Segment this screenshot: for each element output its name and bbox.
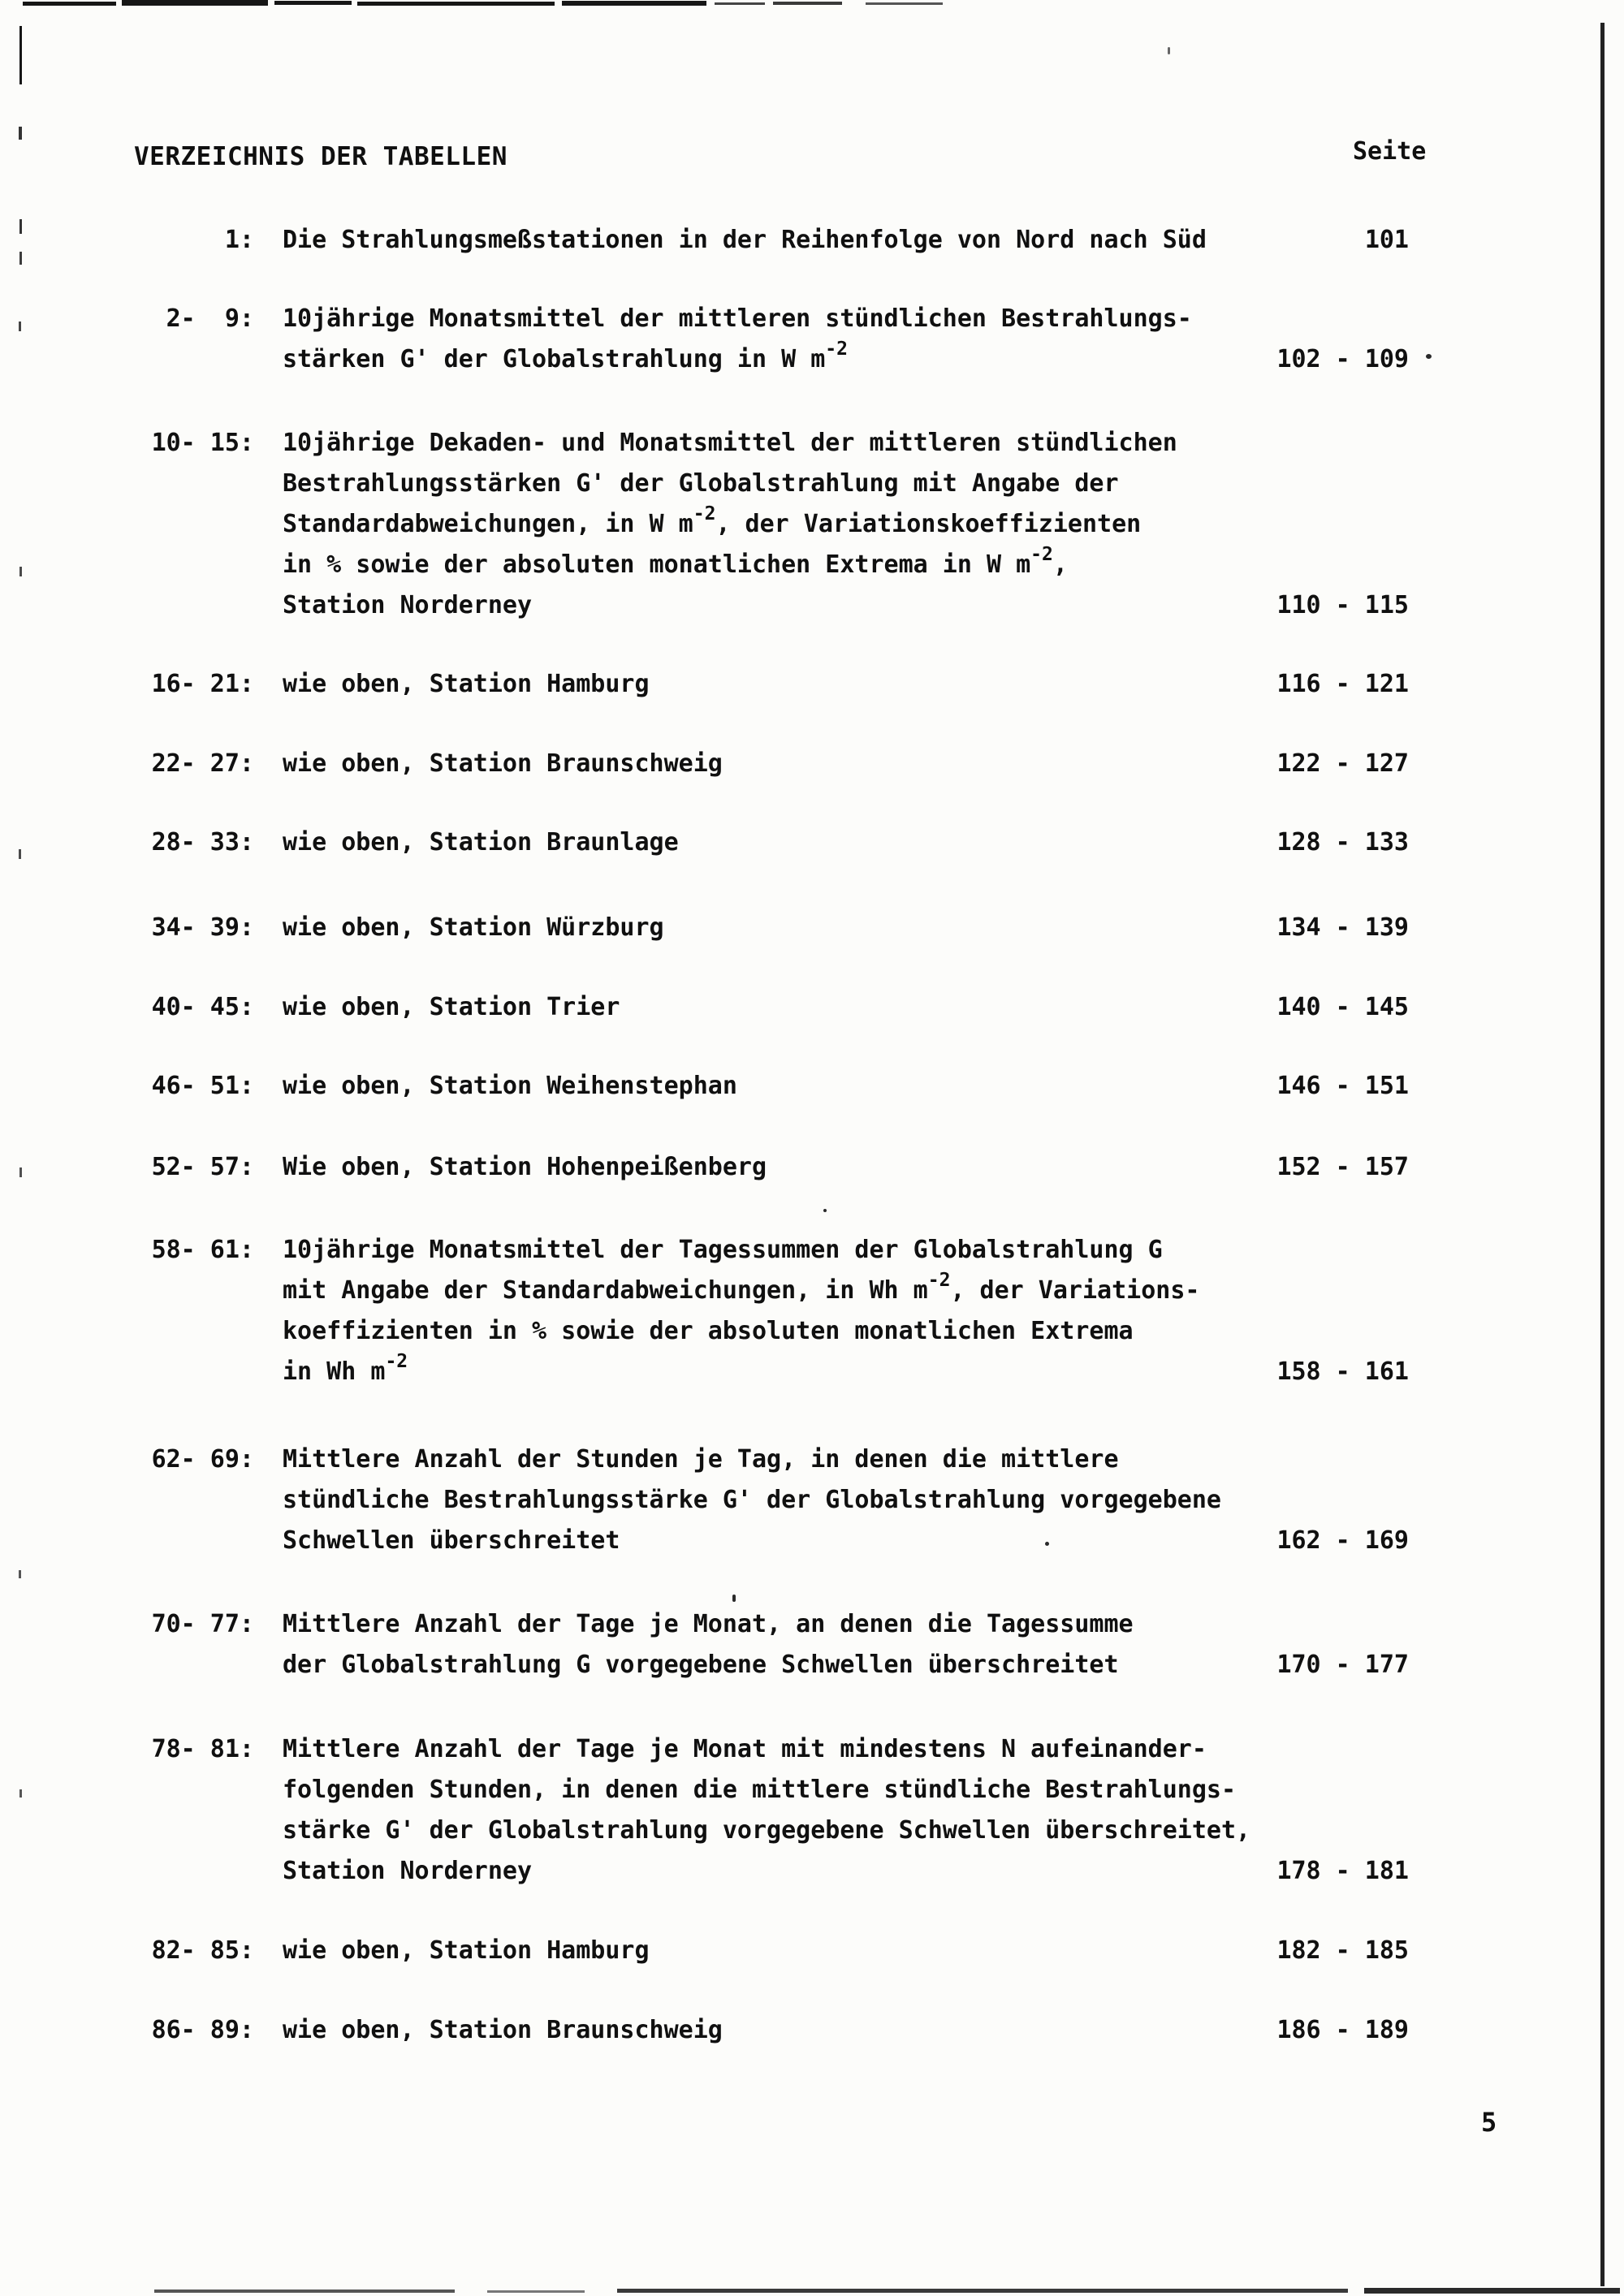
entry-description-line: stärke G' der Globalstrahlung vorgegeben… xyxy=(283,1810,1409,1851)
scan-artifact-right-edge-line xyxy=(1600,23,1605,2286)
entry-table-numbers: 70- 77: xyxy=(150,1604,254,1645)
entry-description-line: Station Norderney xyxy=(283,1851,1409,1892)
toc-entry: 58- 61: 10jährige Monatsmittel der Tages… xyxy=(150,1230,1409,1392)
entry-page-range: 152 - 157 xyxy=(1276,1147,1409,1188)
scan-artifact-top-edge xyxy=(715,2,765,5)
entry-description: wie oben, Station Hamburg xyxy=(283,1931,1409,1971)
entry-page-range: 110 - 115 xyxy=(1276,585,1409,626)
entry-description: Mittlere Anzahl der Tage je Monat, an de… xyxy=(283,1604,1409,1685)
entry-description: 10jährige Dekaden- und Monatsmittel der … xyxy=(283,423,1409,626)
entry-description-line: in Wh m-2 xyxy=(283,1352,1409,1392)
entry-description: Mittlere Anzahl der Tage je Monat mit mi… xyxy=(283,1729,1409,1892)
toc-entry: 62- 69: Mittlere Anzahl der Stunden je T… xyxy=(150,1439,1409,1561)
entry-page-range: 102 - 109 xyxy=(1276,339,1409,380)
toc-entry: 86- 89: wie oben, Station Braunschweig 1… xyxy=(150,2010,1409,2051)
page-number: 5 xyxy=(1481,2108,1497,2137)
entry-description: wie oben, Station Trier xyxy=(283,987,1409,1028)
entry-table-numbers: 34- 39: xyxy=(150,908,254,948)
toc-entry: 22- 27: wie oben, Station Braunschweig 1… xyxy=(150,744,1409,784)
entry-description-line: Mittlere Anzahl der Stunden je Tag, in d… xyxy=(283,1439,1409,1480)
scan-artifact-top-edge xyxy=(122,0,268,6)
entry-description-line: wie oben, Station Braunlage xyxy=(283,822,1409,863)
scan-artifact-bottom-edge xyxy=(154,2290,455,2293)
entry-description-line: wie oben, Station Trier xyxy=(283,987,1409,1028)
toc-entry: 10- 15: 10jährige Dekaden- und Monatsmit… xyxy=(150,423,1409,626)
scan-speck xyxy=(1426,354,1432,359)
scan-speck xyxy=(823,1209,827,1212)
entry-description-line: wie oben, Station Braunschweig xyxy=(283,2010,1409,2051)
entry-page-range: 186 - 189 xyxy=(1276,2010,1409,2051)
entry-description-line: Mittlere Anzahl der Tage je Monat, an de… xyxy=(283,1604,1409,1645)
scan-artifact-bottom-edge xyxy=(1364,2288,1620,2294)
entry-description: wie oben, Station Hamburg xyxy=(283,664,1409,705)
scan-speck xyxy=(732,1595,736,1602)
entry-description-line: wie oben, Station Hamburg xyxy=(283,1931,1409,1971)
superscript-exponent: -2 xyxy=(825,339,848,360)
entry-table-numbers: 82- 85: xyxy=(150,1931,254,1971)
entry-description-line: koeffizienten in % sowie der absoluten m… xyxy=(283,1311,1409,1352)
toc-entry: 2- 9: 10jährige Monatsmittel der mittler… xyxy=(150,299,1409,380)
toc-entry: 46- 51: wie oben, Station Weihenstephan … xyxy=(150,1066,1409,1107)
entry-page-range: 182 - 185 xyxy=(1276,1931,1409,1971)
entry-description: wie oben, Station Braunschweig xyxy=(283,744,1409,784)
entry-description-line: Bestrahlungsstärken G' der Globalstrahlu… xyxy=(283,464,1409,504)
entry-description: wie oben, Station Braunlage xyxy=(283,822,1409,863)
toc-entry: 52- 57: Wie oben, Station Hohenpeißenber… xyxy=(150,1147,1409,1188)
entry-table-numbers: 78- 81: xyxy=(150,1729,254,1770)
entry-table-numbers: 86- 89: xyxy=(150,2010,254,2051)
entry-page-range: 178 - 181 xyxy=(1276,1851,1409,1892)
scan-speck xyxy=(1168,47,1170,54)
toc-entry: 82- 85: wie oben, Station Hamburg 182 - … xyxy=(150,1931,1409,1971)
entry-description-line: Die Strahlungsmeßstationen in der Reihen… xyxy=(283,220,1409,261)
entry-description: 10jährige Monatsmittel der Tagessummen d… xyxy=(283,1230,1409,1392)
entry-page-range: 170 - 177 xyxy=(1276,1645,1409,1685)
scan-artifact-left-margin xyxy=(19,252,22,265)
entry-description: wie oben, Station Weihenstephan xyxy=(283,1066,1409,1107)
entry-page-range: 146 - 151 xyxy=(1276,1066,1409,1107)
entry-description-line: Standardabweichungen, in W m-2, der Vari… xyxy=(283,504,1409,545)
scan-artifact-left-margin xyxy=(19,567,22,576)
entry-description-line: folgenden Stunden, in denen die mittlere… xyxy=(283,1770,1409,1810)
toc-entry: 70- 77: Mittlere Anzahl der Tage je Mona… xyxy=(150,1604,1409,1685)
entry-description-line: stärken G' der Globalstrahlung in W m-2 xyxy=(283,339,1409,380)
superscript-exponent: -2 xyxy=(928,1270,951,1291)
scan-artifact-left-margin xyxy=(19,26,22,84)
toc-entry: 40- 45: wie oben, Station Trier 140 - 14… xyxy=(150,987,1409,1028)
page-title: VERZEICHNIS DER TABELLEN xyxy=(134,143,508,170)
superscript-exponent: -2 xyxy=(1030,544,1053,565)
toc-entry: 28- 33: wie oben, Station Braunlage 128 … xyxy=(150,822,1409,863)
entry-description: 10jährige Monatsmittel der mittleren stü… xyxy=(283,299,1409,380)
entry-table-numbers: 2- 9: xyxy=(150,299,254,339)
entry-description-line: 10jährige Dekaden- und Monatsmittel der … xyxy=(283,423,1409,464)
entry-description: wie oben, Station Braunschweig xyxy=(283,2010,1409,2051)
scan-artifact-top-edge xyxy=(23,2,116,6)
scan-artifact-left-margin xyxy=(19,219,22,234)
entry-description-line: wie oben, Station Würzburg xyxy=(283,908,1409,948)
toc-entry: 1: Die Strahlungsmeßstationen in der Rei… xyxy=(150,220,1409,261)
entry-page-range: 158 - 161 xyxy=(1276,1352,1409,1392)
column-header-seite: Seite xyxy=(1353,138,1426,166)
entry-table-numbers: 40- 45: xyxy=(150,987,254,1028)
entry-table-numbers: 46- 51: xyxy=(150,1066,254,1107)
entry-page-range: 162 - 169 xyxy=(1276,1521,1409,1561)
superscript-exponent: -2 xyxy=(385,1351,408,1372)
entry-description-line: 10jährige Monatsmittel der Tagessummen d… xyxy=(283,1230,1409,1271)
scan-artifact-top-edge xyxy=(866,2,943,5)
entry-description: Die Strahlungsmeßstationen in der Reihen… xyxy=(283,220,1409,261)
entry-description-line: Schwellen überschreitet xyxy=(283,1521,1409,1561)
entry-page-range: 128 - 133 xyxy=(1276,822,1409,863)
entry-table-numbers: 16- 21: xyxy=(150,664,254,705)
entry-page-range: 101 xyxy=(1365,220,1409,261)
superscript-exponent: -2 xyxy=(693,503,716,524)
entry-table-numbers: 28- 33: xyxy=(150,822,254,863)
entry-description: wie oben, Station Würzburg xyxy=(283,908,1409,948)
entry-description-line: Mittlere Anzahl der Tage je Monat mit mi… xyxy=(283,1729,1409,1770)
toc-entry: 16- 21: wie oben, Station Hamburg 116 - … xyxy=(150,664,1409,705)
scan-artifact-left-margin xyxy=(19,849,21,859)
scan-artifact-left-margin xyxy=(19,322,21,331)
scan-artifact-left-margin xyxy=(19,1789,22,1798)
entry-page-range: 122 - 127 xyxy=(1276,744,1409,784)
entry-table-numbers: 52- 57: xyxy=(150,1147,254,1188)
entry-table-numbers: 10- 15: xyxy=(150,423,254,464)
scanned-document-page: VERZEICHNIS DER TABELLEN Seite 1: Die St… xyxy=(0,0,1624,2296)
scan-artifact-left-margin xyxy=(19,1570,21,1578)
entry-description-line: stündliche Bestrahlungsstärke G' der Glo… xyxy=(283,1480,1409,1521)
entry-page-range: 134 - 139 xyxy=(1276,908,1409,948)
entry-description-line: der Globalstrahlung G vorgegebene Schwel… xyxy=(283,1645,1409,1685)
scan-artifact-top-edge xyxy=(773,2,842,5)
entry-description-line: Wie oben, Station Hohenpeißenberg xyxy=(283,1147,1409,1188)
entry-page-range: 116 - 121 xyxy=(1276,664,1409,705)
entry-page-range: 140 - 145 xyxy=(1276,987,1409,1028)
entry-table-numbers: 58- 61: xyxy=(150,1230,254,1271)
entry-description-line: Station Norderney xyxy=(283,585,1409,626)
entry-description-line: wie oben, Station Braunschweig xyxy=(283,744,1409,784)
scan-artifact-top-edge xyxy=(357,2,555,6)
scan-artifact-bottom-edge xyxy=(617,2289,1348,2293)
entry-table-numbers: 1: xyxy=(150,220,254,261)
entry-description-line: wie oben, Station Weihenstephan xyxy=(283,1066,1409,1107)
entry-table-numbers: 22- 27: xyxy=(150,744,254,784)
entry-description: Wie oben, Station Hohenpeißenberg xyxy=(283,1147,1409,1188)
entry-table-numbers: 62- 69: xyxy=(150,1439,254,1480)
entry-description: Mittlere Anzahl der Stunden je Tag, in d… xyxy=(283,1439,1409,1561)
scan-artifact-top-edge xyxy=(274,1,352,5)
scan-artifact-top-edge xyxy=(562,1,706,6)
scan-artifact-left-margin xyxy=(19,1167,22,1177)
toc-entry: 34- 39: wie oben, Station Würzburg 134 -… xyxy=(150,908,1409,948)
entry-description-line: mit Angabe der Standardabweichungen, in … xyxy=(283,1271,1409,1311)
entry-description-line: 10jährige Monatsmittel der mittleren stü… xyxy=(283,299,1409,339)
scan-artifact-bottom-edge xyxy=(487,2290,585,2293)
toc-entry: 78- 81: Mittlere Anzahl der Tage je Mona… xyxy=(150,1729,1409,1892)
entry-description-line: in % sowie der absoluten monatlichen Ext… xyxy=(283,545,1409,585)
scan-artifact-left-margin xyxy=(19,127,22,140)
entry-description-line: wie oben, Station Hamburg xyxy=(283,664,1409,705)
